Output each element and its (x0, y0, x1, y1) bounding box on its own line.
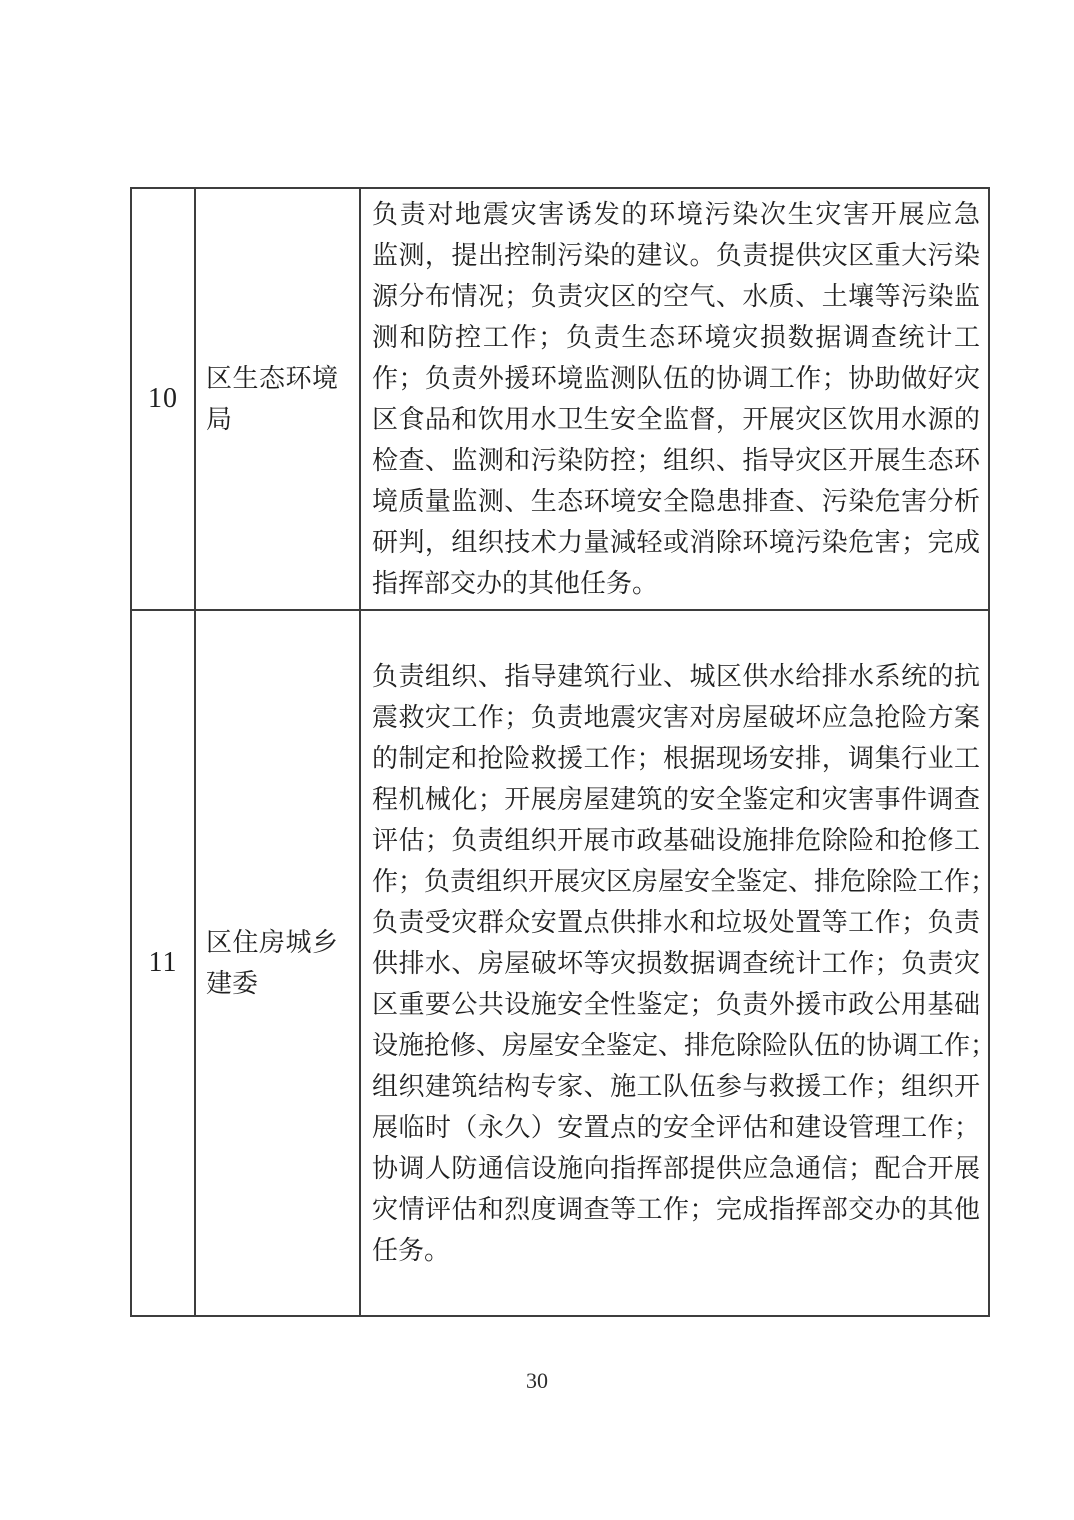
row-number: 10 (148, 383, 178, 414)
duties-cell: 负责对地震灾害诱发的环境污染次生灾害开展应急监测，提出控制污染的建议。负责提供灾… (360, 188, 989, 610)
duties-cell: 负责组织、指导建筑行业、城区供水给排水系统的抗震救灾工作；负责地震灾害对房屋破坏… (360, 610, 989, 1316)
table-row: 11 区住房城乡建委 负责组织、指导建筑行业、城区供水给排水系统的抗震救灾工作；… (131, 610, 989, 1316)
duties-text: 负责对地震灾害诱发的环境污染次生灾害开展应急监测，提出控制污染的建议。负责提供灾… (372, 194, 980, 604)
document-page: 10 区生态环境局 负责对地震灾害诱发的环境污染次生灾害开展应急监测，提出控制污… (0, 0, 1074, 1520)
row-number-cell: 11 (131, 610, 195, 1316)
row-number: 11 (149, 947, 178, 978)
page-number: 30 (0, 1368, 1074, 1394)
row-number-cell: 10 (131, 188, 195, 610)
department-name: 区住房城乡建委 (206, 922, 338, 1004)
department-cell: 区住房城乡建委 (195, 610, 360, 1316)
duties-text: 负责组织、指导建筑行业、城区供水给排水系统的抗震救灾工作；负责地震灾害对房屋破坏… (372, 656, 980, 1271)
department-cell: 区生态环境局 (195, 188, 360, 610)
table-row: 10 区生态环境局 负责对地震灾害诱发的环境污染次生灾害开展应急监测，提出控制污… (131, 188, 989, 610)
responsibilities-table: 10 区生态环境局 负责对地震灾害诱发的环境污染次生灾害开展应急监测，提出控制污… (130, 187, 990, 1317)
department-name: 区生态环境局 (206, 358, 338, 440)
